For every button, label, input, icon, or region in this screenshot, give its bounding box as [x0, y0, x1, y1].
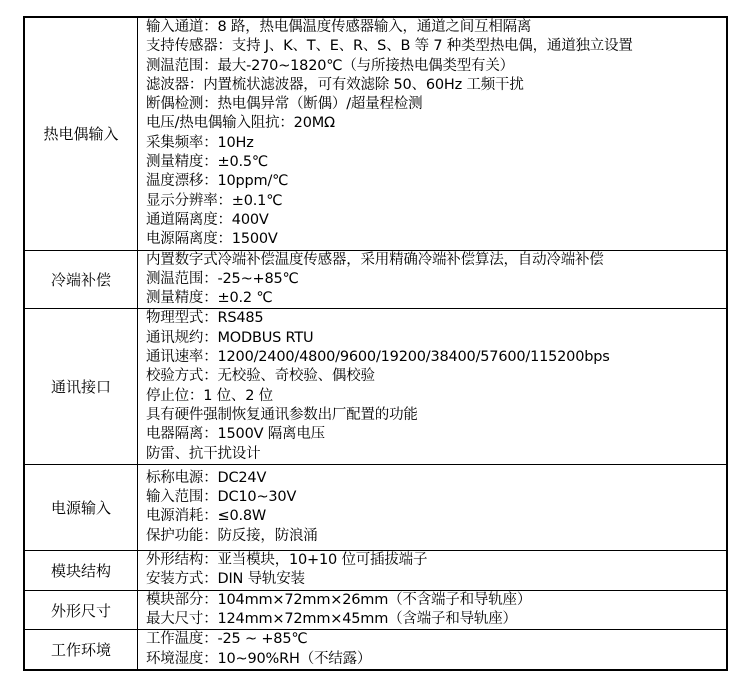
- spec-line: 断偶检测：热电偶异常（断偶）/超量程检测: [146, 95, 726, 114]
- spec-line: 保护功能：防反接，防浪涌: [146, 527, 726, 546]
- spec-line: 环境湿度：10~90%RH（不结露）: [146, 650, 726, 669]
- spec-line: 滤波器：内置梳状滤波器，可有效滤除 50、60Hz 工频干扰: [146, 76, 726, 95]
- spec-line: 测量精度：±0.2 ℃: [146, 289, 726, 308]
- table-row-power-input: 电源输入 标称电源：DC24V 输入范围：DC10~30V 电源消耗：≤0.8W…: [24, 464, 727, 550]
- table-row-communication: 通讯接口 物理型式：RS485 通讯规约：MODBUS RTU 通讯速率：120…: [24, 309, 727, 464]
- value-cell: 物理型式：RS485 通讯规约：MODBUS RTU 通讯速率：1200/240…: [138, 309, 728, 464]
- category-cell: 冷端补偿: [24, 250, 138, 309]
- spec-line: 电源消耗：≤0.8W: [146, 507, 726, 526]
- value-cell: 模块部分：104mm×72mm×26mm（不含端子和导轨座） 最大尺寸：124m…: [138, 590, 728, 630]
- spec-line: 通讯速率：1200/2400/4800/9600/19200/38400/576…: [146, 348, 726, 367]
- spec-line: 温度漂移：10ppm/℃: [146, 172, 726, 191]
- spec-line: 物理型式：RS485: [146, 309, 726, 328]
- category-cell: 通讯接口: [24, 309, 138, 464]
- category-cell: 模块结构: [24, 550, 138, 590]
- spec-line: 电器隔离：1500V 隔离电压: [146, 425, 726, 444]
- spec-line: 输入通道：8 路，热电偶温度传感器输入，通道之间互相隔离: [146, 18, 726, 37]
- spec-line: 显示分辨率：±0.1℃: [146, 192, 726, 211]
- table-row-module-structure: 模块结构 外形结构：亚当模块，10+10 位可插拔端子 安装方式：DIN 导轨安…: [24, 550, 727, 590]
- spec-line: 校验方式：无校验、奇校验、偶校验: [146, 367, 726, 386]
- spec-line: 测温范围：最大-270~1820℃（与所接热电偶类型有关）: [146, 57, 726, 76]
- spec-line: 安装方式：DIN 导轨安装: [146, 570, 726, 589]
- spec-line: 最大尺寸：124mm×72mm×45mm（含端子和导轨座）: [146, 610, 726, 629]
- spec-line: 电源隔离度：1500V: [146, 230, 726, 249]
- category-cell: 电源输入: [24, 464, 138, 550]
- value-cell: 内置数字式冷端补偿温度传感器，采用精确冷端补偿算法，自动冷端补偿 测温范围：-2…: [138, 250, 728, 309]
- value-cell: 输入通道：8 路，热电偶温度传感器输入，通道之间互相隔离 支持传感器：支持 J、…: [138, 17, 728, 250]
- spec-line: 具有硬件强制恢复通讯参数出厂配置的功能: [146, 406, 726, 425]
- table-row-environment: 工作环境 工作温度：-25 ~ +85℃ 环境湿度：10~90%RH（不结露）: [24, 630, 727, 670]
- spec-line: 停止位：1 位、2 位: [146, 387, 726, 406]
- category-cell: 热电偶输入: [24, 17, 138, 250]
- spec-line: 通讯规约：MODBUS RTU: [146, 329, 726, 348]
- category-cell: 外形尺寸: [24, 590, 138, 630]
- spec-line: 通道隔离度：400V: [146, 211, 726, 230]
- spec-line: 外形结构：亚当模块，10+10 位可插拔端子: [146, 551, 726, 570]
- spec-line: 输入范围：DC10~30V: [146, 488, 726, 507]
- spec-line: 电压/热电偶输入阻抗：20MΩ: [146, 114, 726, 133]
- spec-line: 采集频率：10Hz: [146, 134, 726, 153]
- spec-line: 支持传感器：支持 J、K、T、E、R、S、B 等 7 种类型热电偶，通道独立设置: [146, 37, 726, 56]
- value-cell: 工作温度：-25 ~ +85℃ 环境湿度：10~90%RH（不结露）: [138, 630, 728, 670]
- table-row-cold-junction: 冷端补偿 内置数字式冷端补偿温度传感器，采用精确冷端补偿算法，自动冷端补偿 测温…: [24, 250, 727, 309]
- value-cell: 标称电源：DC24V 输入范围：DC10~30V 电源消耗：≤0.8W 保护功能…: [138, 464, 728, 550]
- spec-line: 模块部分：104mm×72mm×26mm（不含端子和导轨座）: [146, 591, 726, 610]
- spec-line: 标称电源：DC24V: [146, 469, 726, 488]
- category-cell: 工作环境: [24, 630, 138, 670]
- table-row-dimensions: 外形尺寸 模块部分：104mm×72mm×26mm（不含端子和导轨座） 最大尺寸…: [24, 590, 727, 630]
- spec-line: 内置数字式冷端补偿温度传感器，采用精确冷端补偿算法，自动冷端补偿: [146, 251, 726, 270]
- spec-line: 测量精度：±0.5℃: [146, 153, 726, 172]
- value-cell: 外形结构：亚当模块，10+10 位可插拔端子 安装方式：DIN 导轨安装: [138, 550, 728, 590]
- spec-line: 防雷、抗干扰设计: [146, 445, 726, 464]
- spec-line: 工作温度：-25 ~ +85℃: [146, 630, 726, 649]
- spec-table: 热电偶输入 输入通道：8 路，热电偶温度传感器输入，通道之间互相隔离 支持传感器…: [23, 16, 728, 671]
- spec-line: 测温范围：-25~+85℃: [146, 270, 726, 289]
- table-row-thermocouple-input: 热电偶输入 输入通道：8 路，热电偶温度传感器输入，通道之间互相隔离 支持传感器…: [24, 17, 727, 250]
